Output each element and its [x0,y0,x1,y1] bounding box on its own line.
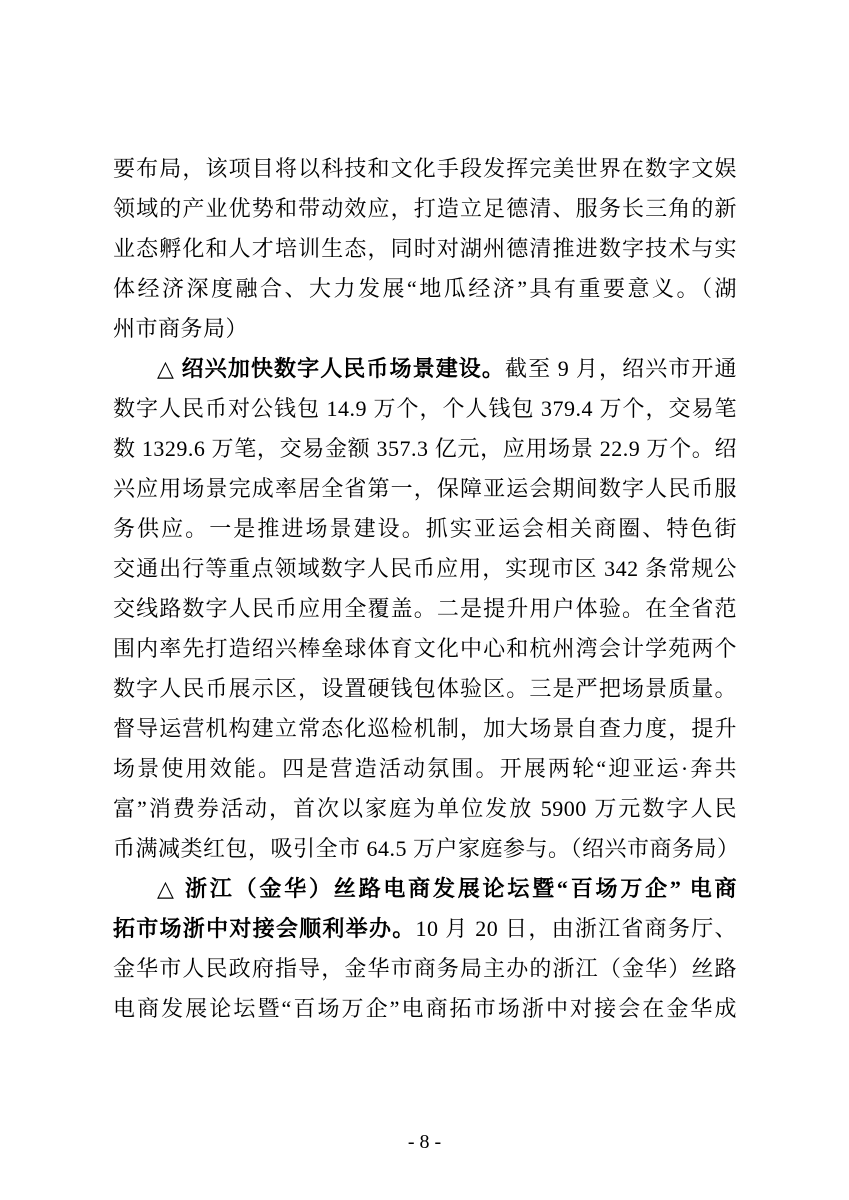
text-segment: 兴应用场景完成率居全省第一，保障亚运会期间数字人民币服 [113,476,737,501]
text-line: 金华市人民政府指导，金华市商务局主办的浙江（金华）丝路 [113,949,737,989]
text-segment: 截至 9 月，绍兴市开通 [505,356,737,381]
text-line: 围内率先打造绍兴棒垒球体育文化中心和杭州湾会计学苑两个 [113,629,737,669]
page-number: - 8 - [408,1131,441,1153]
text-segment: 交通出行等重点领域数字人民币应用，实现市区 342 条常规公 [113,556,737,581]
text-segment: 业态孵化和人才培训生态，同时对湖州德清推进数字技术与实 [113,236,737,261]
text-segment: 金华市人民政府指导，金华市商务局主办的浙江（金华）丝路 [113,956,737,981]
text-line: 要布局，该项目将以科技和文化手段发挥完美世界在数字文娱 [113,149,737,189]
text-line: 兴应用场景完成率居全省第一，保障亚运会期间数字人民币服 [113,469,737,509]
bold-text-segment: △ 绍兴加快数字人民币场景建设。 [157,356,505,381]
text-line: △ 绍兴加快数字人民币场景建设。截至 9 月，绍兴市开通 [113,349,737,389]
text-line: 电商发展论坛暨“百场万企”电商拓市场浙中对接会在金华成 [113,989,737,1029]
text-line: 富”消费券活动，首次以家庭为单位发放 5900 万元数字人民 [113,789,737,829]
text-line: 领域的产业优势和带动效应，打造立足德清、服务长三角的新 [113,189,737,229]
paragraph-shaoxing-digital-rmb: △ 绍兴加快数字人民币场景建设。截至 9 月，绍兴市开通数字人民币对公钱包 14… [113,349,737,869]
text-segment: 围内率先打造绍兴棒垒球体育文化中心和杭州湾会计学苑两个 [113,636,737,661]
text-line: 州市商务局） [113,309,737,349]
text-segment: 场景使用效能。四是营造活动氛围。开展两轮“迎亚运·奔共 [113,756,737,781]
text-line: 拓市场浙中对接会顺利举办。10 月 20 日，由浙江省商务厅、 [113,909,737,949]
bold-text-segment: △ 浙江（金华）丝路电商发展论坛暨“百场万企” 电商 [157,876,737,901]
text-line: 体经济深度融合、大力发展“地瓜经济”具有重要意义。（湖 [113,269,737,309]
text-line: 数字人民币对公钱包 14.9 万个，个人钱包 379.4 万个，交易笔 [113,389,737,429]
text-segment: 领域的产业优势和带动效应，打造立足德清、服务长三角的新 [113,196,737,221]
text-line: 数 1329.6 万笔，交易金额 357.3 亿元，应用场景 22.9 万个。绍 [113,429,737,469]
text-segment: 币满减类红包，吸引全市 64.5 万户家庭参与。（绍兴市商务局） [113,836,737,861]
paragraph-jinhua-silk-road-ecommerce: △ 浙江（金华）丝路电商发展论坛暨“百场万企” 电商拓市场浙中对接会顺利举办。1… [113,869,737,1029]
text-line: 交通出行等重点领域数字人民币应用，实现市区 342 条常规公 [113,549,737,589]
text-line: 数字人民币展示区，设置硬钱包体验区。三是严把场景质量。 [113,669,737,709]
text-segment: 电商发展论坛暨“百场万企”电商拓市场浙中对接会在金华成 [113,996,737,1021]
text-segment: 要布局，该项目将以科技和文化手段发挥完美世界在数字文娱 [113,156,737,181]
text-segment: 州市商务局） [113,316,248,341]
text-line: 务供应。一是推进场景建设。抓实亚运会相关商圈、特色街区、 [113,509,737,549]
paragraph-huzhou-deqing-tail: 要布局，该项目将以科技和文化手段发挥完美世界在数字文娱领域的产业优势和带动效应，… [113,149,737,349]
text-segment: 数字人民币对公钱包 14.9 万个，个人钱包 379.4 万个，交易笔 [113,396,737,421]
text-line: 交线路数字人民币应用全覆盖。二是提升用户体验。在全省范 [113,589,737,629]
text-segment: 务供应。一是推进场景建设。抓实亚运会相关商圈、特色街区、 [113,516,737,549]
text-segment: 数字人民币展示区，设置硬钱包体验区。三是严把场景质量。 [113,676,737,701]
text-segment: 数 1329.6 万笔，交易金额 357.3 亿元，应用场景 22.9 万个。绍 [113,436,737,461]
document-page: 要布局，该项目将以科技和文化手段发挥完美世界在数字文娱领域的产业优势和带动效应，… [0,0,849,1200]
bold-text-segment: 拓市场浙中对接会顺利举办。 [113,916,416,941]
text-segment: 富”消费券活动，首次以家庭为单位发放 5900 万元数字人民 [113,796,737,821]
text-line: 场景使用效能。四是营造活动氛围。开展两轮“迎亚运·奔共 [113,749,737,789]
text-line: 币满减类红包，吸引全市 64.5 万户家庭参与。（绍兴市商务局） [113,829,737,869]
text-segment: 体经济深度融合、大力发展“地瓜经济”具有重要意义。（湖 [113,276,737,301]
document-body: 要布局，该项目将以科技和文化手段发挥完美世界在数字文娱领域的产业优势和带动效应，… [113,149,737,1029]
text-line: △ 浙江（金华）丝路电商发展论坛暨“百场万企” 电商 [113,869,737,909]
text-segment: 10 月 20 日，由浙江省商务厅、 [416,916,738,941]
text-line: 督导运营机构建立常态化巡检机制，加大场景自查力度，提升 [113,709,737,749]
text-line: 业态孵化和人才培训生态，同时对湖州德清推进数字技术与实 [113,229,737,269]
text-segment: 督导运营机构建立常态化巡检机制，加大场景自查力度，提升 [113,716,737,741]
text-segment: 交线路数字人民币应用全覆盖。二是提升用户体验。在全省范 [113,596,737,621]
page-footer: - 8 - [0,1128,849,1156]
